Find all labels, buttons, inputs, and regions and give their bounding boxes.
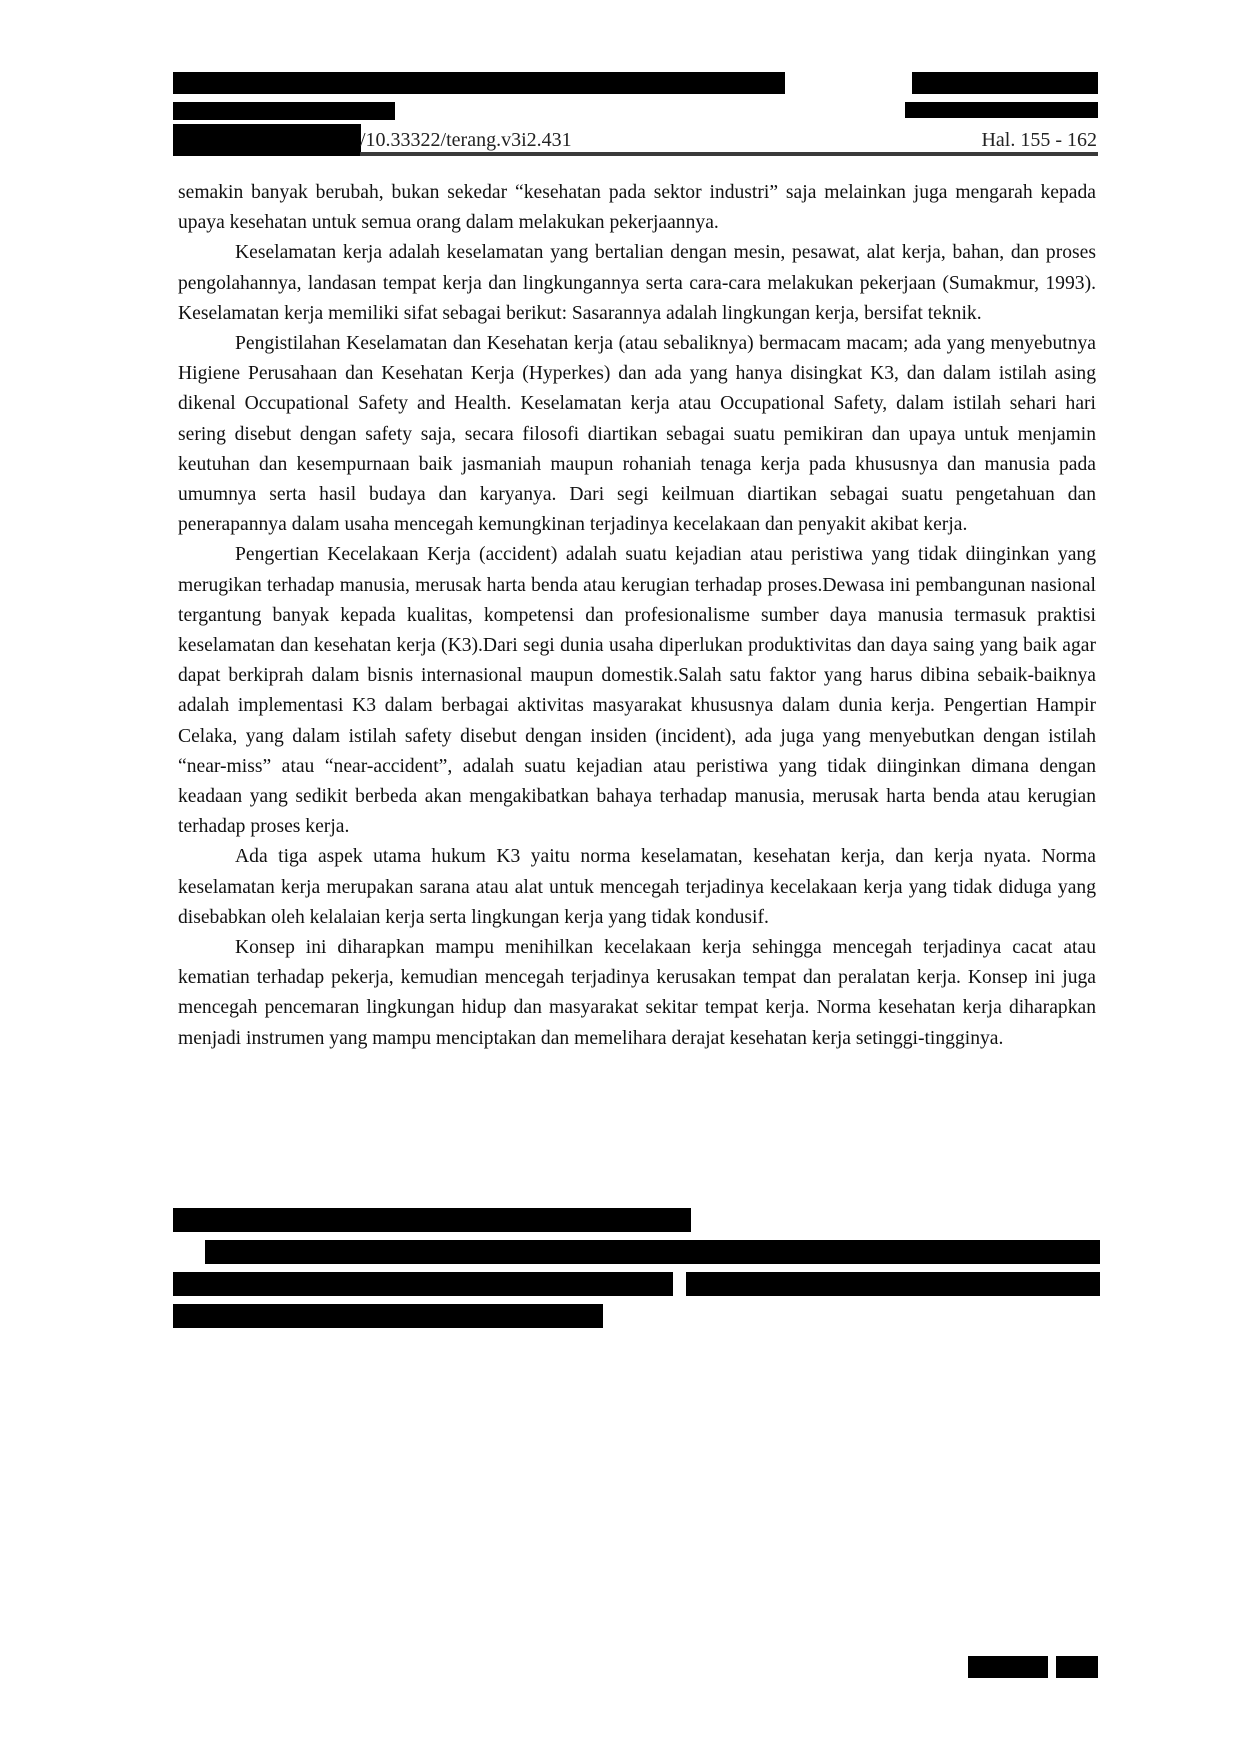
- doi-link[interactable]: /10.33322/terang.v3i2.431: [360, 128, 572, 152]
- redacted-issn-2: [905, 102, 1098, 118]
- paragraph: semakin banyak berubah, bukan sekedar “k…: [178, 178, 1096, 238]
- redacted-journal-title: [173, 72, 785, 94]
- redacted-footer-journal: [968, 1656, 1048, 1678]
- redacted-section-heading: [173, 1208, 691, 1232]
- header-divider: [360, 152, 1098, 156]
- redacted-section-line-1: [205, 1240, 1100, 1264]
- paragraph: Pengertian Kecelakaan Kerja (accident) a…: [178, 540, 1096, 842]
- paragraph: Konsep ini diharapkan mampu menihilkan k…: [178, 933, 1096, 1054]
- redacted-journal-subtitle: [173, 102, 395, 120]
- paragraph: Pengistilahan Keselamatan dan Kesehatan …: [178, 329, 1096, 540]
- paragraph: Keselamatan kerja adalah keselamatan yan…: [178, 238, 1096, 329]
- page-range: Hal. 155 - 162: [981, 128, 1097, 152]
- redacted-issn-1: [912, 72, 1098, 94]
- redacted-section-line-3: [173, 1304, 603, 1328]
- body-text: semakin banyak berubah, bukan sekedar “k…: [178, 178, 1096, 1054]
- paragraph: Ada tiga aspek utama hukum K3 yaitu norm…: [178, 842, 1096, 933]
- redacted-footer-page-number: [1056, 1656, 1098, 1678]
- redacted-doi-prefix: [173, 124, 361, 156]
- redacted-section-line-2a: [173, 1272, 673, 1296]
- redacted-section-line-2b: [686, 1272, 1100, 1296]
